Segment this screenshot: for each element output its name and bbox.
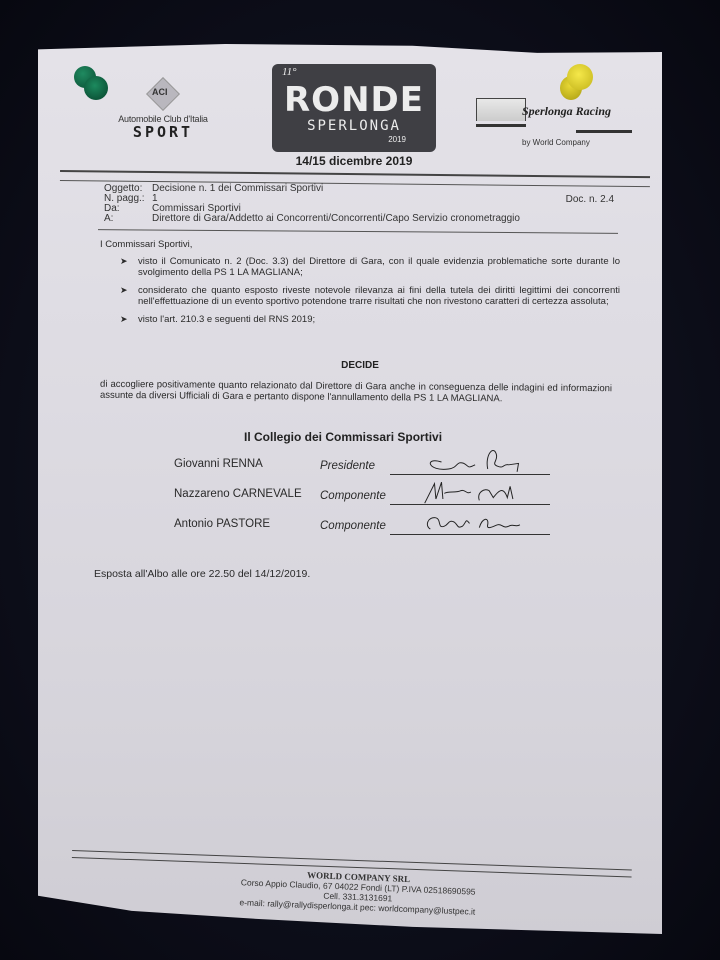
- ronde-title: RONDE: [272, 80, 436, 120]
- list-item-text: considerato che quanto esposto riveste n…: [138, 285, 620, 307]
- meta-value: Decisione n. 1 dei Commissari Sportivi: [152, 184, 323, 194]
- arrow-bullet-icon: ➤: [120, 285, 128, 296]
- doc-number: Doc. n. 2.4: [566, 195, 614, 205]
- list-item-text: visto l'art. 210.3 e seguenti del RNS 20…: [138, 314, 315, 325]
- signature-scribble-icon: [398, 448, 548, 476]
- intro-text: I Commissari Sportivi,: [100, 239, 620, 250]
- signature-line: [390, 504, 550, 505]
- meta-key: A:: [104, 214, 152, 224]
- signature-scribble-icon: [398, 478, 548, 506]
- ronde-sperlonga-logo: 11° RONDE SPERLONGA 2019: [272, 64, 436, 152]
- meta-value: Direttore di Gara/Addetto ai Concorrenti…: [152, 214, 520, 224]
- document-body: I Commissari Sportivi, ➤visto il Comunic…: [100, 239, 620, 332]
- castle-icon: [476, 98, 526, 121]
- ronde-edition: 11°: [282, 66, 297, 78]
- logo-bar: [476, 124, 526, 127]
- list-item: ➤considerato che quanto esposto riveste …: [120, 285, 620, 307]
- aci-sport-logo: ACI Automobile Club d'Italia SPORT: [108, 82, 218, 141]
- arrow-bullet-icon: ➤: [120, 256, 128, 267]
- ronde-year: 2019: [388, 135, 406, 144]
- ronde-subtitle: SPERLONGA: [272, 118, 436, 134]
- list-item: ➤visto il Comunicato n. 2 (Doc. 3.3) del…: [120, 256, 620, 278]
- meta-row-subject: Oggetto: Decisione n. 1 dei Commissari S…: [104, 184, 614, 194]
- college-heading: Il Collegio dei Commissari Sportivi: [244, 430, 442, 444]
- considerations-list: ➤visto il Comunicato n. 2 (Doc. 3.3) del…: [100, 256, 620, 325]
- list-item-text: visto il Comunicato n. 2 (Doc. 3.3) del …: [138, 256, 620, 278]
- meta-row-to: A: Direttore di Gara/Addetto ai Concorre…: [104, 214, 614, 224]
- member-role: Componente: [320, 490, 386, 502]
- logo-bar: [576, 130, 632, 133]
- member-name: Giovanni RENNA: [174, 458, 263, 470]
- sperlonga-racing-by: by World Company: [522, 138, 590, 147]
- signature-line: [390, 474, 550, 475]
- posted-notice: Esposta all'Albo alle ore 22.50 del 14/1…: [94, 568, 310, 580]
- arrow-bullet-icon: ➤: [120, 314, 128, 325]
- member-name: Antonio PASTORE: [174, 518, 270, 530]
- decision-text: di accogliere positivamente quanto relaz…: [100, 379, 612, 405]
- sperlonga-racing-name: Sperlonga Racing: [522, 104, 611, 119]
- signature-line: [390, 534, 550, 535]
- event-dates: 14/15 dicembre 2019: [272, 154, 436, 168]
- footer: WORLD COMPANY SRL Corso Appio Claudio, 6…: [207, 866, 508, 918]
- yellow-pushpin-head-icon: [567, 64, 593, 90]
- list-item: ➤visto l'art. 210.3 e seguenti del RNS 2…: [120, 314, 620, 325]
- aci-mark: ACI: [152, 87, 168, 97]
- document-meta: Oggetto: Decisione n. 1 dei Commissari S…: [104, 184, 614, 224]
- member-name: Nazzareno CARNEVALE: [174, 488, 302, 500]
- decide-heading: DECIDE: [100, 360, 620, 371]
- member-role: Componente: [320, 520, 386, 532]
- member-role: Presidente: [320, 460, 375, 472]
- green-pushpin-head-icon: [84, 76, 108, 100]
- document-page: ACI Automobile Club d'Italia SPORT 11° R…: [38, 44, 662, 934]
- sperlonga-racing-logo: Sperlonga Racing by World Company: [476, 94, 646, 154]
- signature-scribble-icon: [398, 508, 548, 536]
- aci-sport-label: SPORT: [108, 123, 218, 141]
- meta-divider: [98, 229, 618, 234]
